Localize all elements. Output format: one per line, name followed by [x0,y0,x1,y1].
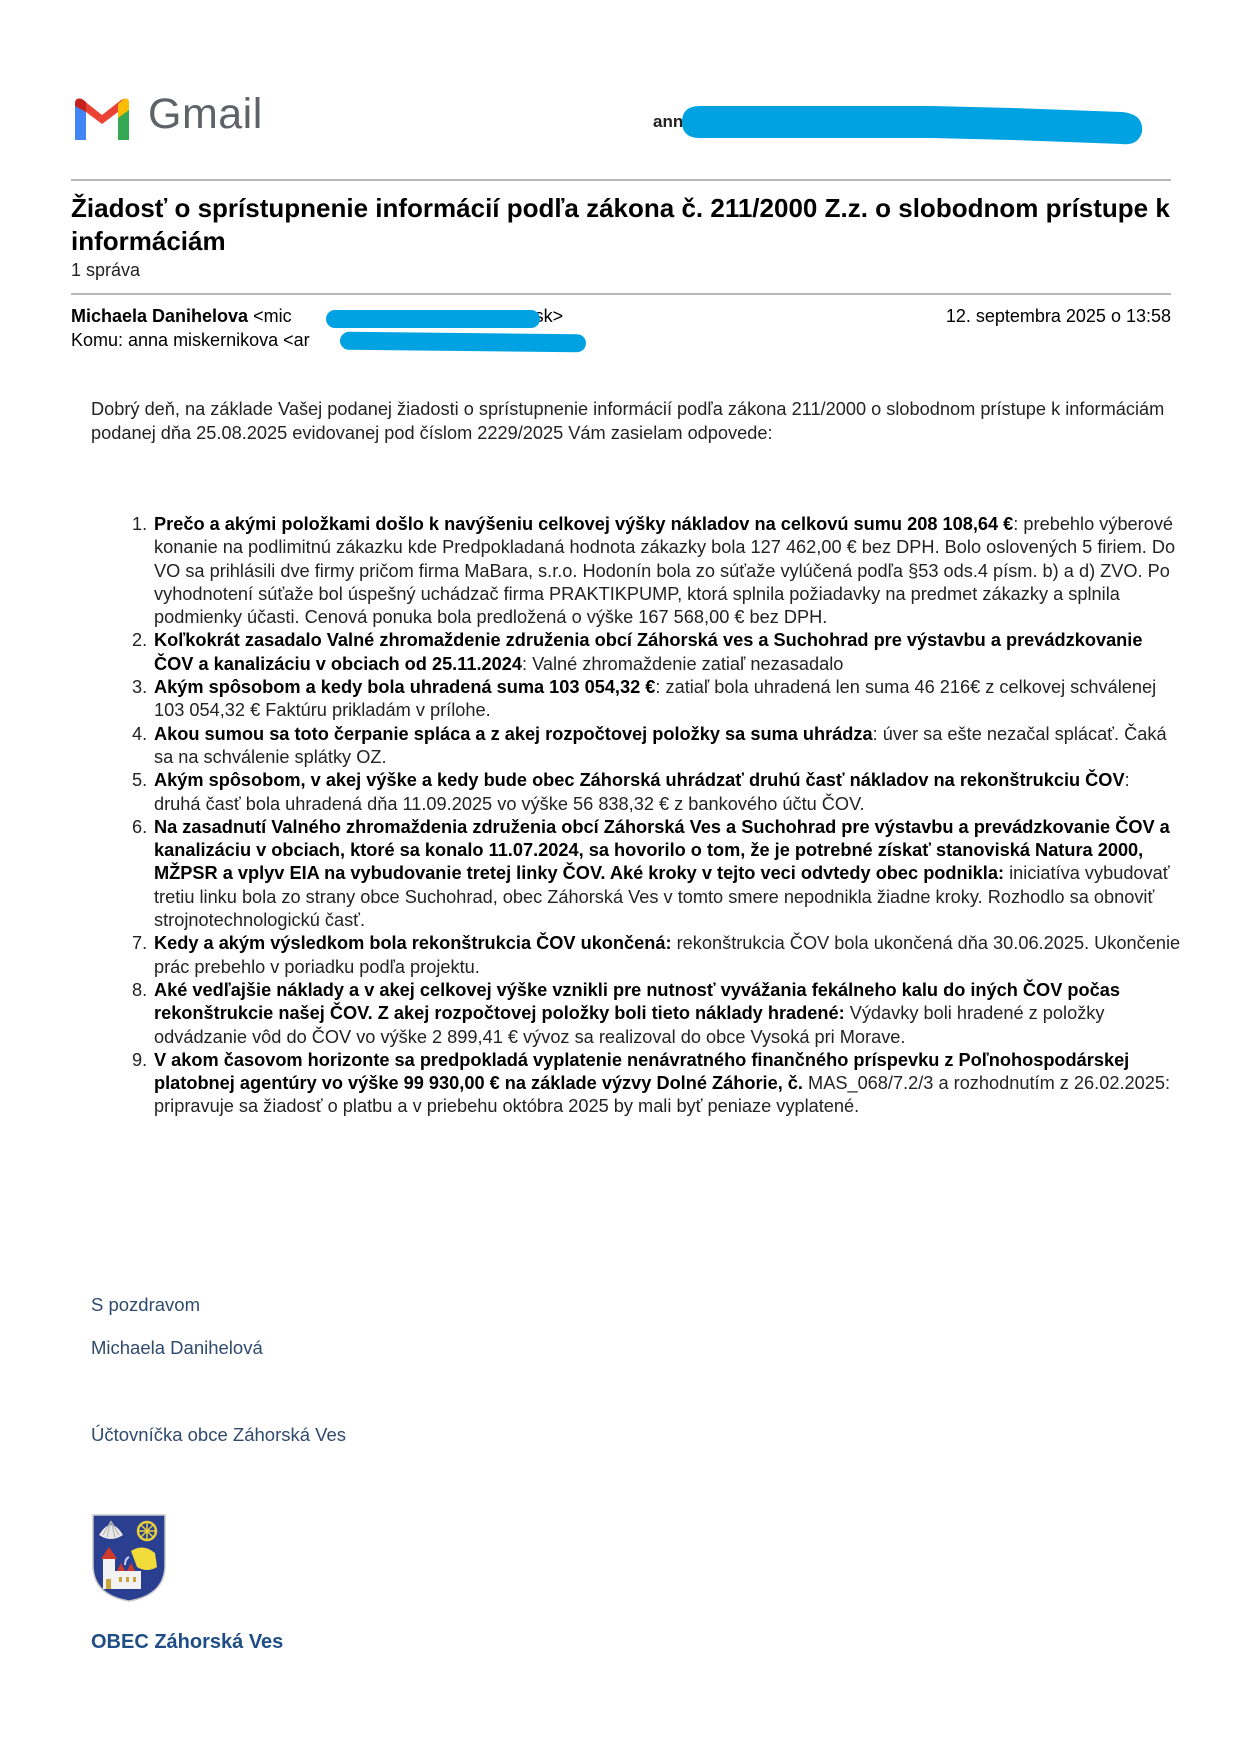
subject-divider [71,293,1171,295]
recipient-email-redaction [340,332,586,353]
account-email: ann [653,112,683,132]
header-divider [71,179,1171,181]
separator: : [1125,770,1130,790]
answer-item: 5.Akým spôsobom, v akej výške a kedy bud… [91,769,1181,816]
question-text: Akým spôsobom, v akej výške a kedy bude … [154,770,1125,790]
organization-name: OBEC Záhorská Ves [91,1631,283,1654]
question-text: Akou sumou sa toto čerpanie spláca a z a… [154,724,873,744]
item-number: 5. [132,769,147,792]
sender-email-redaction [326,310,540,328]
recipient-label: Komu: anna miskernikova [71,330,278,350]
question-text: Kedy a akým výsledkom bola rekonštrukcia… [154,933,672,953]
answer-item: 2.Koľkokrát zasadalo Valné zhromaždenie … [91,629,1181,676]
answer-item: 7.Kedy a akým výsledkom bola rekonštrukc… [91,932,1181,979]
sender-name: Michaela Danihelova [71,306,248,326]
item-number: 6. [132,816,147,839]
account-redaction-mark [682,104,1144,146]
item-number: 7. [132,932,147,955]
email-subject: Žiadosť o sprístupnenie informácií podľa… [71,192,1171,258]
answer-item: 4.Akou sumou sa toto čerpanie spláca a z… [91,723,1181,770]
answer-text: druhá časť bola uhradená dňa 11.09.2025 … [154,794,865,814]
coat-of-arms-icon [91,1513,167,1603]
message-date: 12. septembra 2025 o 13:58 [946,306,1171,327]
answer-item: 9.V akom časovom horizonte sa predpoklad… [91,1049,1181,1119]
answers-list: 1.Prečo a akými položkami došlo k navýše… [91,513,1181,1119]
answer-item: 6.Na zasadnutí Valného zhromaždenia zdru… [91,816,1181,932]
message-intro: Dobrý deň, na základe Vašej podanej žiad… [91,398,1181,445]
item-number: 4. [132,723,147,746]
answer-item: 3.Akým spôsobom a kedy bola uhradená sum… [91,676,1181,723]
message-count: 1 správa [71,260,140,281]
answer-text: Valné zhromaždenie zatiaľ nezasadalo [527,654,843,674]
gmail-wordmark: Gmail [148,90,263,139]
item-number: 3. [132,676,147,699]
signature-name: Michaela Danihelová [91,1337,263,1359]
item-number: 8. [132,979,147,1002]
item-number: 1. [132,513,147,536]
answer-item: 1.Prečo a akými položkami došlo k navýše… [91,513,1181,629]
signature-role: Účtovníčka obce Záhorská Ves [91,1424,346,1446]
signature-greeting: S pozdravom [91,1294,200,1316]
answer-item: 8.Aké vedľajšie náklady a v akej celkove… [91,979,1181,1049]
question-text: Akým spôsobom a kedy bola uhradená suma … [154,677,655,697]
item-number: 2. [132,629,147,652]
question-text: Prečo a akými položkami došlo k navýšeni… [154,514,1013,534]
recipient-email-start: <ar [283,330,310,350]
sender-email-start: <mic [253,306,292,326]
item-number: 9. [132,1049,147,1072]
gmail-logo-icon [71,94,133,142]
